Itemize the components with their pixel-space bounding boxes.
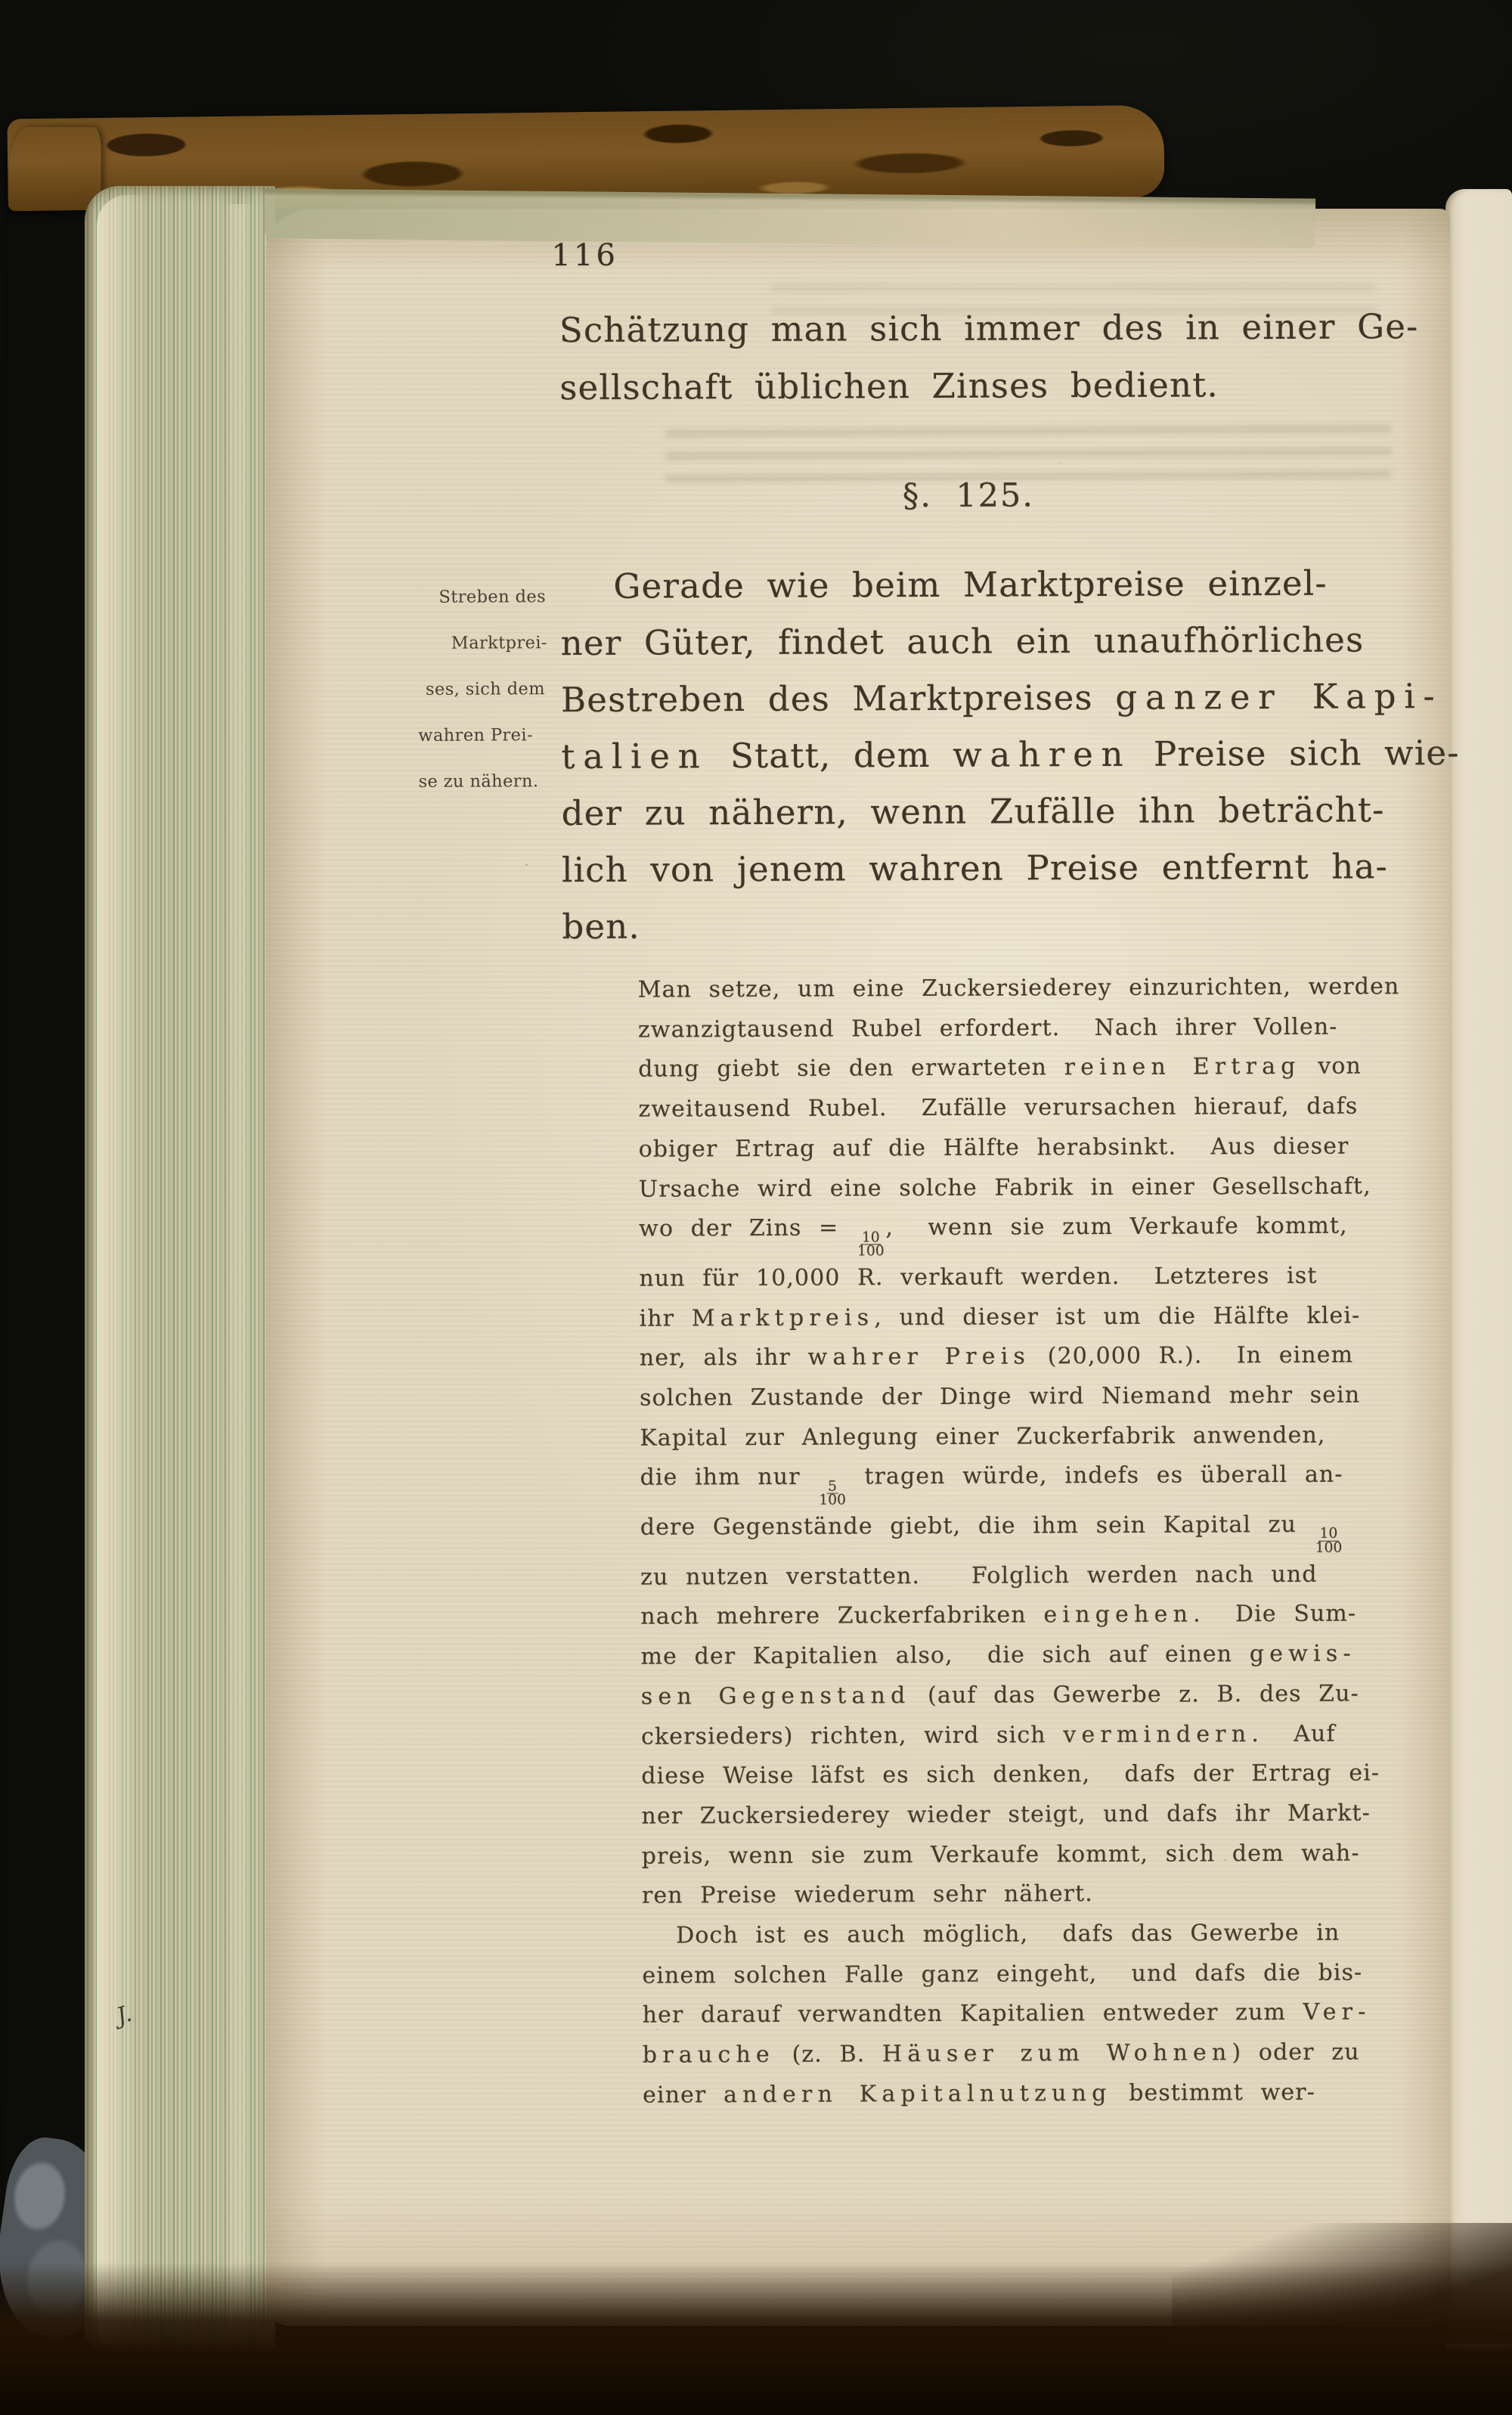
text-segment: talien [561, 736, 708, 777]
text-segment: zu nutzen verstatten. Folglich werden na… [640, 1561, 1318, 1591]
text-segment: diese Weise läfst es sich denken, dafs d… [641, 1760, 1380, 1790]
handwritten-mark: J. [113, 2001, 135, 2030]
text-segment: , und dieser ist um die Hälfte klei- [874, 1302, 1360, 1331]
text-segment: wahrer Preis [807, 1344, 1030, 1371]
text-segment: brauche [643, 2041, 775, 2069]
text-line: diese Weise läfst es sich denken, dafs d… [641, 1754, 1403, 1797]
text-segment: ren Preise wiederum sehr nähert. [642, 1880, 1093, 1909]
text-segment: dung giebt sie den erwarteten [638, 1055, 1064, 1083]
main-paragraph: Gerade wie beim Marktpreise einzel-ner G… [560, 554, 1461, 955]
text-segment: von [1301, 1053, 1362, 1080]
text-segment: der zu nähern, wenn Zufälle ihn beträcht… [562, 789, 1385, 833]
photo-background: { "page": { "number": "116", "heading": … [0, 0, 1512, 2415]
text-segment: me der Kapitalien also, die sich auf ein… [641, 1641, 1250, 1670]
text-line: me der Kapitalien also, die sich auf ein… [640, 1634, 1402, 1677]
text-segment: nun für 10,000 R. verkauft werden. Letzt… [639, 1263, 1317, 1292]
text-segment: die ihm nur [640, 1464, 817, 1491]
text-line: einem solchen Falle ganz eingeht, und da… [642, 1953, 1404, 1996]
text-line: nach mehrere Zuckerfabriken eingehen. Di… [640, 1595, 1402, 1638]
shadow-bottom [0, 2262, 1512, 2415]
text-line: solchen Zustande der Dinge wird Niemand … [640, 1375, 1402, 1418]
text-segment: sellschaft üblichen Zinses bedient. [559, 364, 1219, 408]
text-segment: nach mehrere Zuckerfabriken [640, 1602, 1043, 1630]
text-segment: einer [643, 2082, 723, 2108]
text-segment: sen Gegenstand [641, 1682, 911, 1710]
text-line: ihr Marktpreis, und dieser ist um die Hä… [640, 1296, 1402, 1339]
section-heading: §. 125. [753, 476, 1184, 516]
text-segment: andern Kapitalnutzung [723, 2080, 1112, 2108]
text-segment: Man setze, um eine Zuckersiederey einzur… [638, 973, 1400, 1003]
text-segment: Doch ist es auch möglich, dafs das Gewer… [676, 1920, 1340, 1949]
margin-note-line: ses, sich dem [426, 666, 569, 713]
text-line: wo der Zins = 10100, wenn sie zum Verkau… [639, 1206, 1401, 1259]
text-line: talien Statt, dem wahren Preise sich wie… [561, 724, 1460, 785]
text-line: zweitausend Rubel. Zufälle verursachen h… [638, 1087, 1400, 1130]
text-segment: obiger Ertrag auf die Hälfte herabsinkt.… [639, 1133, 1349, 1162]
margin-note-line: Streben des [438, 574, 569, 621]
text-line: Doch ist es auch möglich, dafs das Gewer… [642, 1913, 1404, 1956]
text-line: her darauf verwandten Kapitalien entwede… [643, 1993, 1405, 2036]
margin-note-line: Marktprei- [451, 620, 569, 667]
text-segment: Preise sich wie- [1131, 733, 1459, 774]
text-segment: (auf das Gewerbe z. B. des Zu- [910, 1680, 1359, 1709]
text-segment: wahren [953, 734, 1131, 775]
text-segment: Bestreben des Marktpreises [561, 677, 1115, 720]
text-line: ner, als ihr wahrer Preis (20,000 R.). I… [640, 1336, 1402, 1379]
text-segment: einem solchen Falle ganz eingeht, und da… [642, 1959, 1362, 1989]
text-segment: reinen Ertrag [1064, 1053, 1301, 1080]
text-line: ner Güter, findet auch ein unaufhörliche… [561, 611, 1460, 671]
text-segment: her darauf verwandten Kapitalien entwede… [643, 1999, 1303, 2029]
text-segment: ner Zuckersiederey wieder steigt, und da… [641, 1800, 1371, 1829]
page-number: 116 [551, 238, 618, 273]
text-line: dung giebt sie den erwarteten reinen Ert… [638, 1047, 1400, 1090]
text-line: sen Gegenstand (auf das Gewerbe z. B. de… [641, 1674, 1403, 1717]
fraction: 5100 [819, 1480, 846, 1507]
text-segment: ner, als ihr [640, 1344, 808, 1372]
text-segment: solchen Zustande der Dinge wird Niemand … [640, 1382, 1360, 1412]
text-line: brauche (z. B. Häuser zum Wohnen) oder z… [643, 2032, 1405, 2076]
text-segment: Gerade wie beim Marktpreise einzel- [613, 563, 1328, 606]
text-segment: eingehen [1043, 1601, 1193, 1629]
text-segment: Kapital zur Anlegung einer Zuckerfabrik … [640, 1421, 1325, 1451]
fraction: 10100 [857, 1231, 885, 1258]
text-line: der zu nähern, wenn Zufälle ihn beträcht… [562, 781, 1461, 842]
text-line: ckersieders) richten, wird sich verminde… [641, 1714, 1403, 1757]
text-line: zwanzigtausend Rubel erfordert. Nach ihr… [638, 1007, 1400, 1050]
text-line: dere Gegenstände giebt, die ihm sein Kap… [640, 1505, 1402, 1558]
margin-note-line: se zu nähern. [418, 758, 569, 805]
text-segment: tragen würde, indefs es überall an- [847, 1462, 1343, 1490]
text-segment: , wenn sie zum Verkaufe kommt, [885, 1213, 1347, 1242]
text-segment: ) oder zu [1232, 2039, 1359, 2066]
text-segment: Statt, dem [708, 735, 953, 776]
text-segment: Marktpreis [692, 1304, 875, 1332]
text-segment: (z. B. [775, 2041, 882, 2068]
text-line: Gerade wie beim Marktpreise einzel- [560, 554, 1459, 615]
text-line: einer andern Kapitalnutzung bestimmt wer… [643, 2072, 1405, 2116]
text-line: Schätzung man sich immer des in einer Ge… [559, 298, 1419, 359]
text-segment: zwanzigtausend Rubel erfordert. Nach ihr… [638, 1013, 1338, 1043]
text-line: obiger Ertrag auf die Hälfte herabsinkt.… [639, 1127, 1401, 1170]
text-segment: Häuser zum Wohnen [882, 2039, 1232, 2067]
margin-note-line: wahren Prei- [418, 712, 569, 759]
text-segment: gewis- [1250, 1641, 1356, 1668]
text-segment: ganzer Kapi- [1115, 676, 1442, 718]
text-segment: Schätzung man sich immer des in einer Ge… [559, 306, 1419, 350]
text-line: lich von jenem wahren Preise entfernt ha… [562, 838, 1461, 898]
text-line: preis, wenn sie zum Verkaufe kommt, sich… [642, 1834, 1404, 1877]
text-segment: Ursache wird eine solche Fabrik in einer… [639, 1173, 1371, 1202]
text-line: Kapital zur Anlegung einer Zuckerfabrik … [640, 1415, 1402, 1459]
text-segment: . Auf [1251, 1720, 1335, 1747]
text-segment: dere Gegenstände giebt, die ihm sein Kap… [640, 1511, 1314, 1541]
text-line: ner Zuckersiederey wieder steigt, und da… [641, 1793, 1403, 1837]
fraction: 10100 [1315, 1527, 1343, 1555]
text-line: zu nutzen verstatten. Folglich werden na… [640, 1555, 1402, 1598]
small-print-paragraph: Man setze, um eine Zuckersiederey einzur… [638, 967, 1405, 2116]
text-segment: wo der Zins = [639, 1215, 856, 1242]
text-segment: ihr [640, 1305, 692, 1332]
text-segment: lich von jenem wahren Preise entfernt ha… [562, 846, 1388, 890]
text-line: ben. [562, 894, 1461, 955]
text-segment: ben. [562, 907, 640, 947]
text-line: die ihm nur 5100 tragen würde, indefs es… [640, 1456, 1402, 1508]
text-segment: zweitausend Rubel. Zufälle verursachen h… [638, 1093, 1358, 1123]
margin-note: Streben des Marktprei- ses, sich dem wah… [417, 574, 569, 805]
paragraph-continuation: Schätzung man sich immer des in einer Ge… [559, 298, 1419, 417]
printed-text-layer: 116 Schätzung man sich immer des in eine… [0, 0, 1512, 2415]
text-segment: . Die Sum- [1193, 1601, 1356, 1628]
text-line: ren Preise wiederum sehr nähert. [642, 1874, 1404, 1917]
text-line: sellschaft üblichen Zinses bedient. [559, 355, 1419, 417]
text-segment: (20,000 R.). In einem [1030, 1342, 1353, 1370]
text-segment: vermindern [1063, 1721, 1251, 1748]
text-line: Man setze, um eine Zuckersiederey einzur… [638, 967, 1400, 1010]
text-line: Bestreben des Marktpreises ganzer Kapi- [561, 668, 1460, 728]
text-segment: Ver- [1303, 1999, 1371, 2026]
text-segment: ner Güter, findet auch ein unaufhörliche… [561, 619, 1365, 663]
text-line: Ursache wird eine solche Fabrik in einer… [639, 1167, 1401, 1210]
text-line: nun für 10,000 R. verkauft werden. Letzt… [639, 1256, 1401, 1299]
text-segment: preis, wenn sie zum Verkaufe kommt, sich… [642, 1840, 1360, 1869]
text-segment: ckersieders) richten, wird sich [641, 1722, 1063, 1750]
text-segment: bestimmt wer- [1111, 2079, 1315, 2107]
